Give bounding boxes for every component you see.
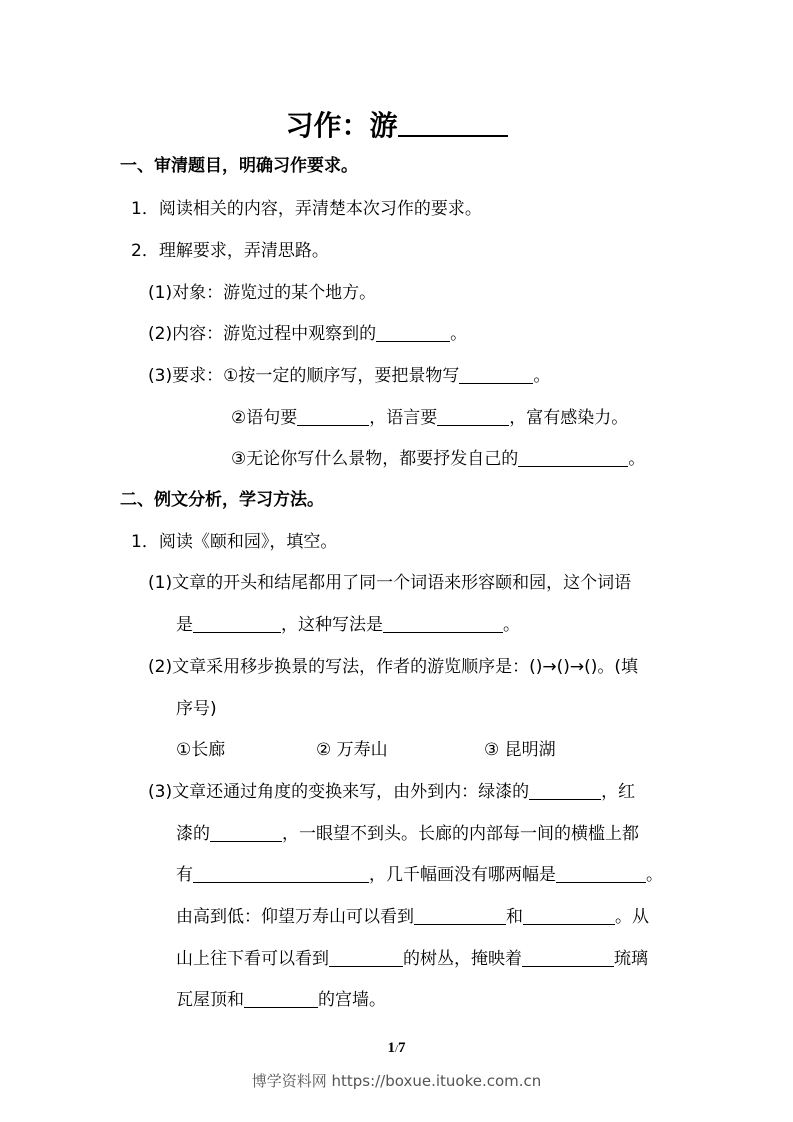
fill-blank[interactable]: [376, 323, 450, 342]
q3-line3: 有，几千幅画没有哪两幅是。: [176, 864, 663, 886]
fill-blank[interactable]: [518, 448, 628, 467]
fill-blank[interactable]: [193, 614, 281, 633]
fill-blank[interactable]: [437, 407, 509, 426]
fill-blank[interactable]: [297, 407, 369, 426]
q1-line1: (1)文章的开头和结尾都用了同一个词语来形容颐和园，这个词语: [148, 572, 631, 594]
q3-line5: 山上往下看可以看到的树丛，掩映着琉璃: [176, 948, 648, 970]
fill-blank[interactable]: [459, 365, 533, 384]
fill-blank[interactable]: [523, 906, 615, 925]
q2-options: ①长廊② 万寿山③ 昆明湖: [176, 739, 556, 761]
page-title: 习作：游: [0, 108, 793, 144]
section1-req3: ③无论你写什么景物，都要抒发自己的。: [231, 448, 645, 470]
section1-sub2: (2)内容：游览过程中观察到的。: [148, 323, 467, 345]
q3-line2: 漆的，一眼望不到头。长廊的内部每一间的横槛上都: [176, 823, 639, 845]
section1-item2: 2．理解要求，弄清思路。: [131, 240, 329, 262]
section1-req2: ②语句要，语言要，富有感染力。: [231, 407, 628, 429]
page-number: 1/7: [0, 1040, 793, 1057]
fill-blank[interactable]: [383, 614, 503, 633]
q3-line6: 瓦屋顶和的宫墙。: [176, 989, 386, 1011]
title-text: 习作：游: [285, 109, 397, 142]
section1-sub3: (3)要求：①按一定的顺序写，要把景物写。: [148, 365, 550, 387]
fill-blank[interactable]: [244, 989, 318, 1008]
q2-line1: (2)文章采用移步换景的写法，作者的游览顺序是：()→()→()。(填: [148, 656, 638, 678]
fill-blank[interactable]: [210, 823, 282, 842]
option-3: ③ 昆明湖: [484, 739, 556, 761]
section1-sub1: (1)对象：游览过的某个地方。: [148, 282, 376, 304]
section2-item1: 1．阅读《颐和园》，填空。: [131, 531, 337, 553]
fill-blank[interactable]: [556, 864, 646, 883]
section1-heading: 一、审清题目，明确习作要求。: [120, 155, 358, 177]
q3-line4: 由高到低：仰望万寿山可以看到和。从: [176, 906, 649, 928]
section1-item1: 1．阅读相关的内容，弄清楚本次习作的要求。: [131, 198, 482, 220]
footer-watermark: 博学资料网 https://boxue.ituoke.com.cn: [0, 1070, 793, 1091]
fill-blank[interactable]: [414, 906, 506, 925]
q3-line1: (3)文章还通过角度的变换来写，由外到内：绿漆的，红: [148, 781, 635, 803]
q1-line2: 是，这种写法是。: [176, 614, 520, 636]
fill-blank[interactable]: [529, 781, 601, 800]
fill-blank[interactable]: [193, 864, 369, 883]
q2-line2: 序号): [176, 698, 217, 720]
option-2: ② 万寿山: [316, 739, 484, 761]
section2-heading: 二、例文分析，学习方法。: [120, 489, 324, 511]
option-1: ①长廊: [176, 739, 316, 761]
fill-blank[interactable]: [329, 948, 403, 967]
title-blank: [398, 109, 508, 137]
fill-blank[interactable]: [522, 948, 614, 967]
